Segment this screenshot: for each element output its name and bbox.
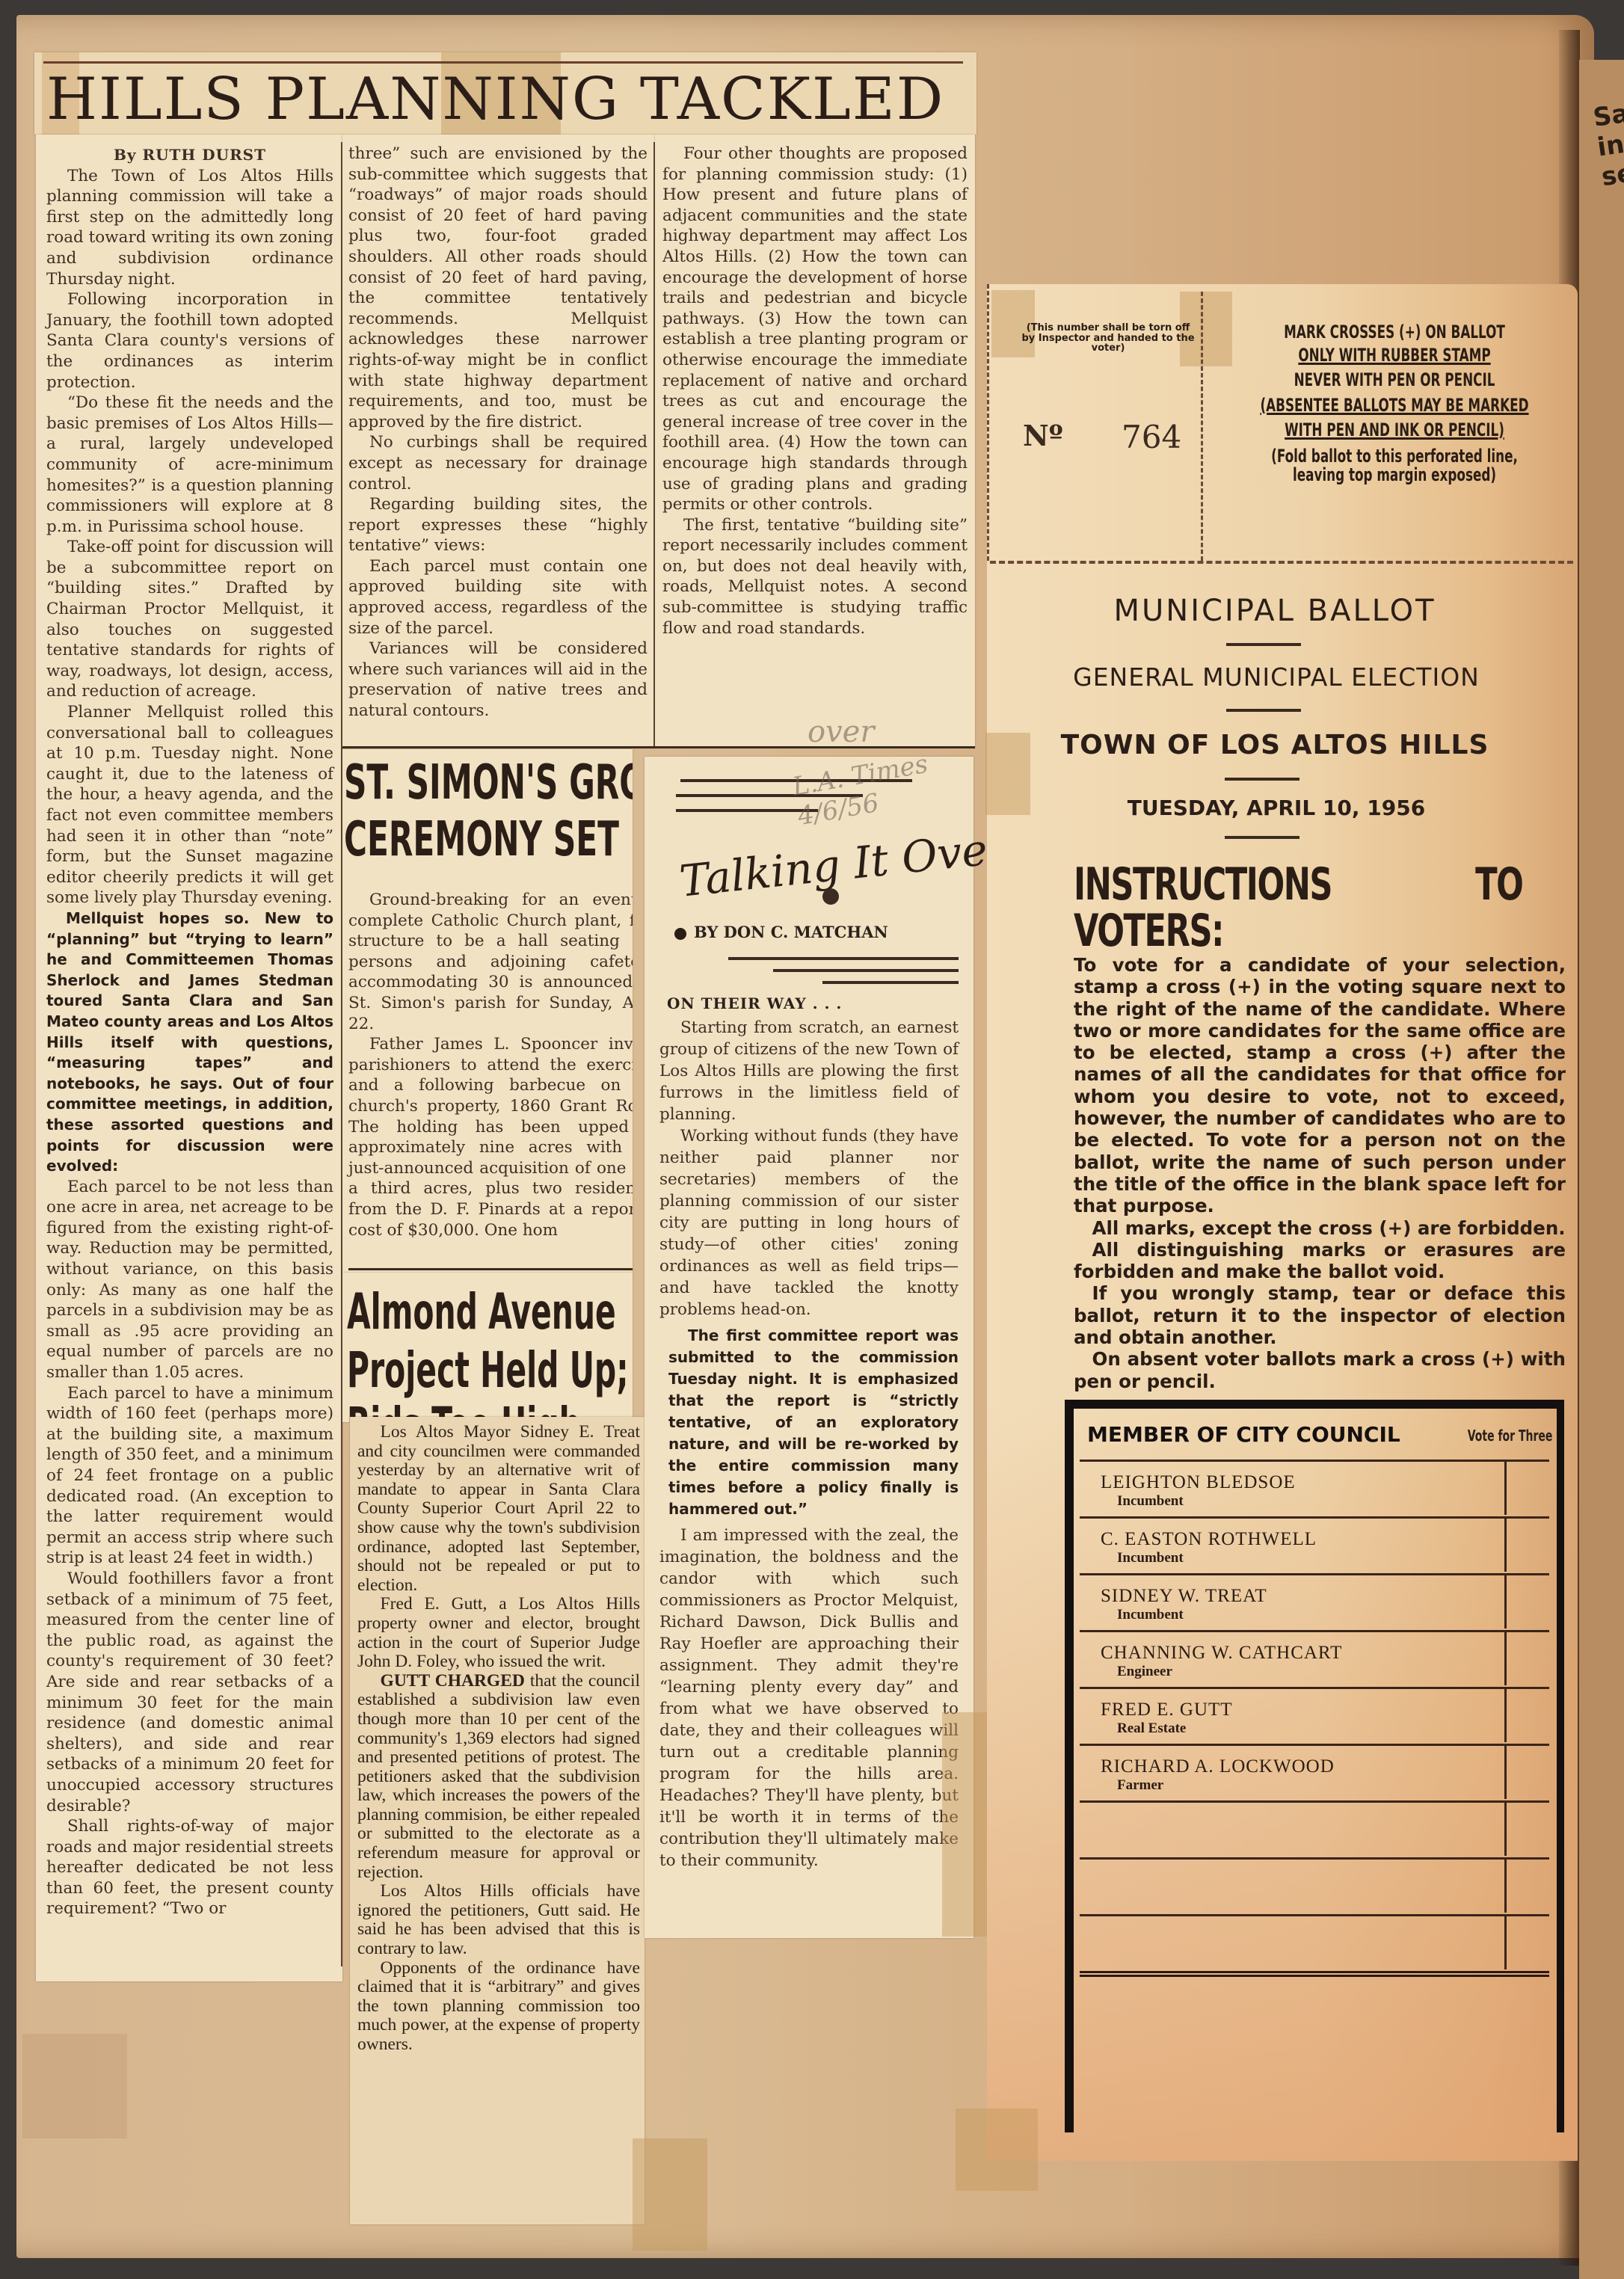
perforation-line (990, 561, 1573, 564)
hills-planning-column-3: Four other thoughts are proposed for pla… (655, 135, 975, 748)
byline-ruth-durst: By RUTH DURST (46, 145, 333, 166)
article-paragraph-bold: Mellquist hopes so. New to “planning” bu… (46, 908, 333, 1177)
article-paragraph: Father James L. Spooncer invites parishi… (348, 1034, 633, 1240)
perforation-line (1201, 292, 1203, 561)
article-paragraph: The first, tentative “building site” rep… (662, 515, 968, 639)
town-name: TOWN OF LOS ALTOS HILLS (979, 730, 1570, 760)
article-paragraph-bold: The first committee report was submitted… (668, 1325, 959, 1520)
voter-instructions: INSTRUCTIONS TO VOTERS: To vote for a ca… (1074, 861, 1566, 1392)
article-paragraph: Working without funds (they have neither… (659, 1125, 959, 1320)
ballot-title: MUNICIPAL BALLOT (979, 594, 1570, 628)
hills-planning-column-2: three” such are envisioned by the sub-co… (342, 135, 655, 748)
ballot-number-prefix: Nº (1023, 419, 1063, 452)
voting-square[interactable] (1504, 1632, 1549, 1685)
ballot-number: 764 (1122, 419, 1181, 455)
lead-bold-gutt-charged: GUTT CHARGED (381, 1671, 525, 1691)
article-paragraph: Take-off point for discussion will be a … (46, 537, 333, 702)
instructions-text: To vote for a candidate of your selectio… (1074, 954, 1566, 1217)
candidate-row: LEIGHTON BLEDSOEIncumbent (1080, 1460, 1549, 1515)
voting-square[interactable] (1504, 1689, 1549, 1742)
voting-square[interactable] (1504, 1860, 1549, 1913)
tape-strip (22, 2034, 127, 2138)
voting-square[interactable] (1504, 1519, 1549, 1572)
tape-strip (956, 2109, 1038, 2191)
clipping-divider (348, 1268, 633, 1270)
handwritten-over-note: over (808, 715, 874, 749)
headline-hills-planning: HILLS PLANNING TACKLED (46, 66, 944, 133)
column-title-talking-it-over: Talking It Over (677, 822, 1011, 907)
article-paragraph: Los Altos Hills officials have ignored t… (357, 1882, 640, 1958)
voting-square[interactable] (1504, 1916, 1549, 1969)
headline-almond-line1: Almond Avenue (347, 1283, 616, 1341)
candidate-row: FRED E. GUTTReal Estate (1080, 1687, 1549, 1742)
article-paragraph: GUTT CHARGED that the council establishe… (357, 1672, 640, 1883)
headline-rule (43, 61, 963, 64)
article-paragraph: three” such are envisioned by the sub-co… (348, 144, 648, 432)
candidate-name: SIDNEY W. TREAT (1101, 1586, 1267, 1607)
hills-planning-column-1: By RUTH DURST The Town of Los Altos Hill… (36, 135, 342, 1981)
headline-st-simons-line2: CEREMONY SET F (344, 812, 633, 867)
article-paragraph: Ground-breaking for an eventual complete… (348, 890, 633, 1034)
title-divider (1226, 709, 1301, 712)
almond-avenue-body: Los Altos Mayor Sidney E. Treat and city… (350, 1417, 645, 2224)
perforation-line (987, 284, 989, 561)
instructions-text: All distinguishing marks or erasures are… (1074, 1239, 1566, 1283)
article-paragraph: Variances will be considered where such … (348, 639, 648, 721)
article-paragraph: Fred E. Gutt, a Los Altos Hills property… (357, 1595, 640, 1671)
candidate-occupation: Engineer (1117, 1664, 1172, 1680)
article-paragraph: Shall rights-of-way of major roads and m… (46, 1816, 333, 1919)
article-paragraph: Opponents of the ordinance have claimed … (357, 1959, 640, 2055)
article-paragraph: Starting from scratch, an earnest group … (659, 1017, 959, 1125)
tape-strip (633, 2138, 707, 2251)
article-paragraph: Each parcel to have a minimum width of 1… (46, 1383, 333, 1569)
article-paragraph: “Do these fit the needs and the basic pr… (46, 393, 333, 537)
article-paragraph: The Town of Los Altos Hills planning com… (46, 166, 333, 290)
article-paragraph: Following incorporation in January, the … (46, 289, 333, 393)
instructions-heading: INSTRUCTIONS TO VOTERS: (1074, 861, 1522, 954)
headline-almond-line2: Project Held Up; (347, 1341, 629, 1399)
candidate-occupation: Incumbent (1117, 1493, 1184, 1510)
candidate-name: C. EASTON ROTHWELL (1101, 1529, 1317, 1550)
column-base-rule (342, 746, 975, 748)
instructions-text: If you wrongly stamp, tear or deface thi… (1074, 1282, 1566, 1348)
headline-st-simons-line1: ST. SIMON'S GRO (344, 755, 633, 811)
candidate-row (1080, 1857, 1549, 1913)
article-paragraph: Would foothillers favor a front setback … (46, 1569, 333, 1816)
subhead-on-their-way: ON THEIR WAY . . . (667, 994, 842, 1012)
office-title: MEMBER OF CITY COUNCIL (1087, 1422, 1400, 1447)
voting-square[interactable] (1504, 1575, 1549, 1628)
voting-square[interactable] (1504, 1746, 1549, 1799)
title-divider (1225, 778, 1299, 781)
election-name: GENERAL MUNICIPAL ELECTION (981, 662, 1572, 692)
bullet-dot-icon (674, 928, 686, 940)
city-council-contest: MEMBER OF CITY COUNCIL Vote for Three LE… (1065, 1400, 1564, 2132)
title-divider (1226, 643, 1301, 646)
clipping-almond-avenue: Almond Avenue Project Held Up; Bids Too … (342, 1273, 633, 1422)
voting-square[interactable] (1504, 1803, 1549, 1856)
clipping-talking-it-over: L.A. Times 4/6/56 Talking It Over BY DON… (645, 757, 974, 1938)
candidate-name: RICHARD A. LOCKWOOD (1101, 1756, 1335, 1777)
decorative-rule (773, 969, 959, 972)
candidate-name: FRED E. GUTT (1101, 1700, 1233, 1720)
marking-notice: MARK CROSSES (+) ON BALLOT ONLY WITH RUB… (1211, 323, 1578, 485)
adjacent-page-edge: Sales t in SC C seen by (1579, 60, 1624, 2279)
instructions-text: All marks, except the cross (+) are forb… (1074, 1217, 1566, 1239)
candidate-row (1080, 1800, 1549, 1856)
title-divider (1225, 836, 1299, 839)
article-paragraph: Each parcel to be not less than one acre… (46, 1177, 333, 1383)
stub-instruction: (This number shall be torn off by Inspec… (1018, 323, 1198, 354)
candidate-row: C. EASTON ROTHWELLIncumbent (1080, 1516, 1549, 1572)
adjacent-page-headline: Sales t in SC C seen by (1579, 60, 1624, 193)
decorative-rule (822, 981, 959, 984)
article-paragraph: No curbings shall be required except as … (348, 432, 648, 494)
contest-end-rule (1080, 1971, 1549, 1977)
article-paragraph: Each parcel must contain one approved bu… (348, 556, 648, 639)
candidate-row: RICHARD A. LOCKWOODFarmer (1080, 1744, 1549, 1799)
byline-don-matchan: BY DON C. MATCHAN (674, 923, 888, 941)
article-paragraph: Los Altos Mayor Sidney E. Treat and city… (357, 1423, 640, 1595)
tape-strip (985, 733, 1030, 815)
candidate-occupation: Real Estate (1117, 1720, 1186, 1737)
candidate-name: CHANNING W. CATHCART (1101, 1643, 1342, 1664)
vote-for-count: Vote for Three (1467, 1427, 1552, 1445)
municipal-ballot: (This number shall be torn off by Inspec… (987, 284, 1578, 2161)
article-paragraph: Four other thoughts are proposed for pla… (662, 144, 968, 515)
candidate-row: CHANNING W. CATHCARTEngineer (1080, 1630, 1549, 1685)
candidate-name: LEIGHTON BLEDSOE (1101, 1472, 1296, 1493)
clipping-st-simons: ST. SIMON'S GRO CEREMONY SET F Ground-br… (342, 749, 633, 1273)
election-date: TUESDAY, APRIL 10, 1956 (981, 796, 1572, 820)
candidate-occupation: Incumbent (1117, 1550, 1184, 1566)
voting-square[interactable] (1504, 1462, 1549, 1515)
candidate-row: SIDNEY W. TREATIncumbent (1080, 1573, 1549, 1628)
candidate-occupation: Incumbent (1117, 1607, 1184, 1623)
article-paragraph: I am impressed with the zeal, the imagin… (659, 1525, 959, 1872)
bullet-dot-icon (822, 888, 839, 905)
article-paragraph: Regarding building sites, the report exp… (348, 494, 648, 556)
instructions-text: On absent voter ballots mark a cross (+)… (1074, 1348, 1566, 1392)
decorative-rule (728, 957, 959, 960)
candidate-row (1080, 1914, 1549, 1969)
article-paragraph: Planner Mellquist rolled this conversati… (46, 702, 333, 908)
candidate-occupation: Farmer (1117, 1777, 1163, 1794)
